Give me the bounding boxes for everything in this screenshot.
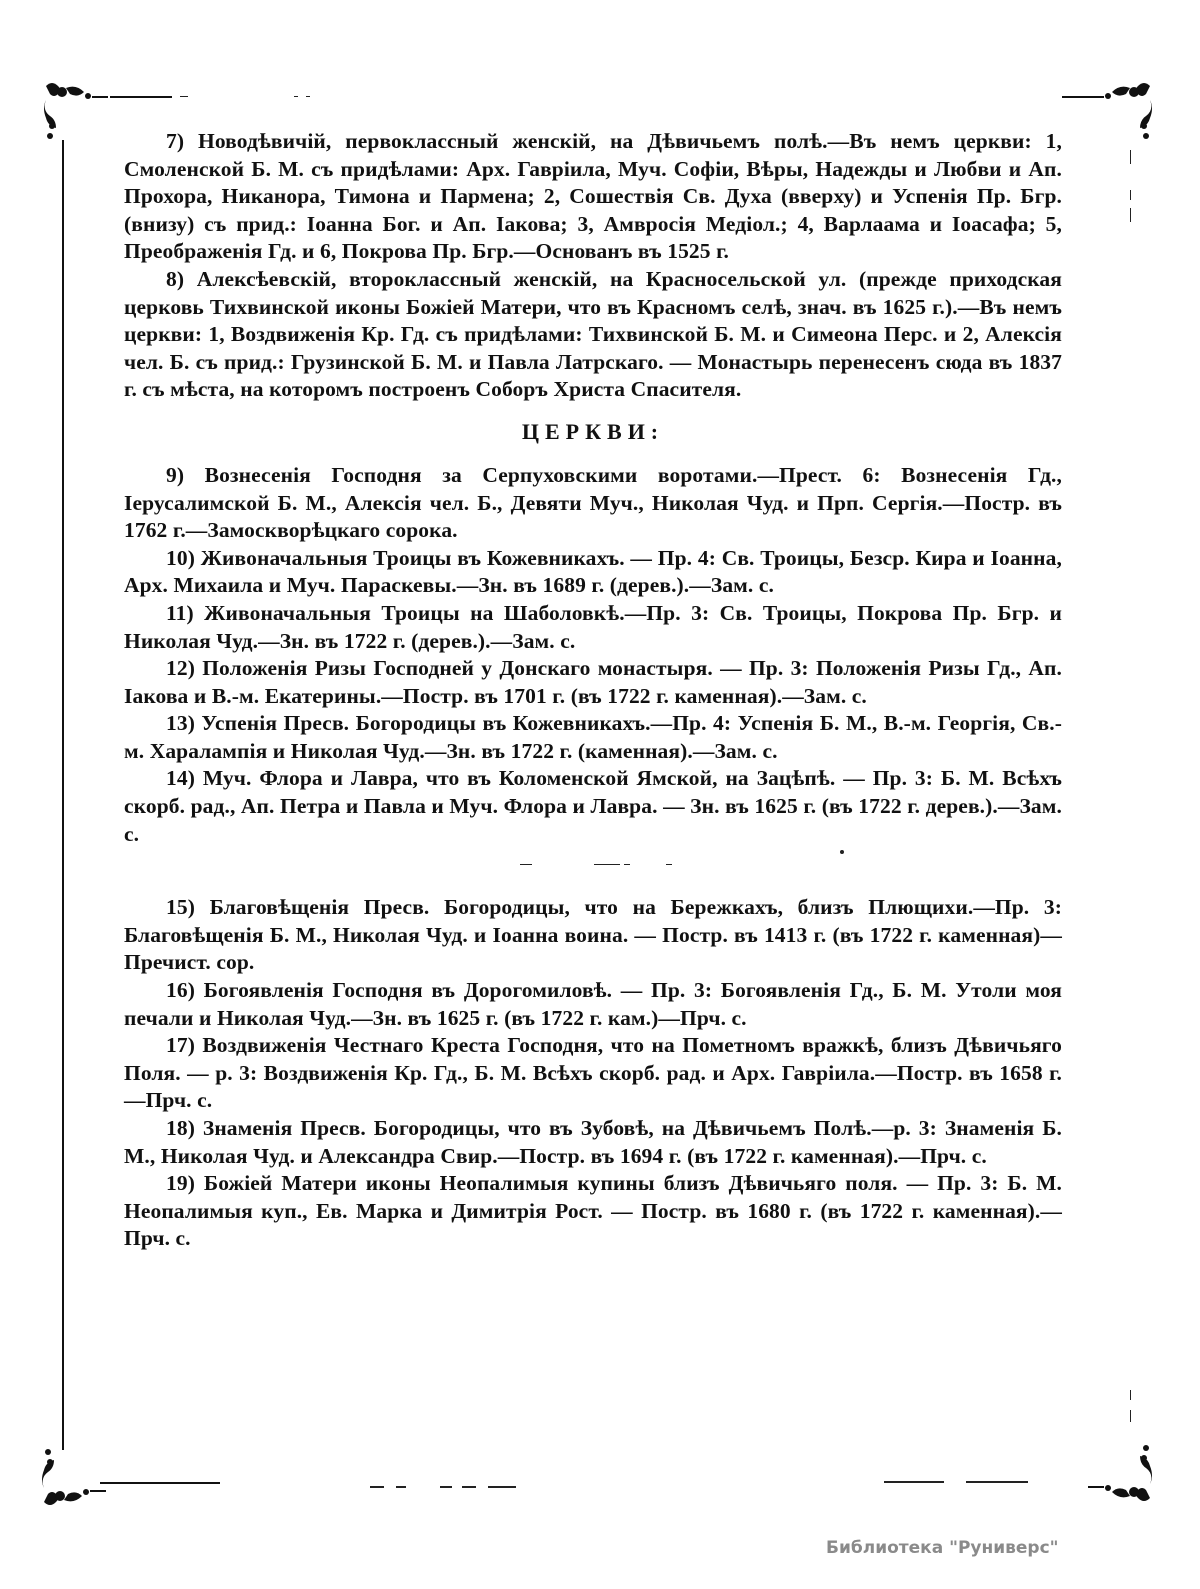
right-border-dash — [1130, 150, 1131, 164]
top-border-dash — [180, 96, 188, 97]
entry-13: 13) Успенія Пресв. Богородицы въ Кожевни… — [124, 710, 1062, 765]
separator-dash — [666, 864, 672, 865]
entry-15: 15) Благовѣщенія Пресв. Богородицы, что … — [124, 894, 1062, 977]
entry-17: 17) Воздвиженія Честнаго Креста Господня… — [124, 1032, 1062, 1115]
floral-scroll-corner-icon — [1088, 1436, 1156, 1504]
entry-14: 14) Муч. Флора и Лавра, что въ Коломенск… — [124, 765, 1062, 848]
left-border-line — [62, 140, 64, 1450]
bottom-border-line — [100, 1482, 220, 1484]
entry-16: 16) Богоявленія Господня въ Дорогомиловѣ… — [124, 977, 1062, 1032]
right-border-dash — [1130, 190, 1131, 200]
top-border-dash — [294, 96, 298, 97]
page-body: 7) Новодѣвичій, первоклассный женскій, н… — [124, 128, 1062, 1253]
print-speck — [840, 850, 844, 854]
section-separator — [124, 848, 1062, 894]
bottom-border-dash — [884, 1481, 944, 1483]
entry-12: 12) Положенія Ризы Господней у Донскаго … — [124, 655, 1062, 710]
floral-scroll-corner-icon — [1088, 80, 1156, 148]
scanned-page: 7) Новодѣвичій, первоклассный женскій, н… — [0, 0, 1200, 1589]
floral-scroll-corner-icon — [38, 1440, 106, 1508]
bottom-border-dash — [370, 1486, 384, 1488]
top-border-line — [110, 96, 172, 98]
bottom-border-dash — [462, 1486, 476, 1488]
entry-11: 11) Живоначальныя Троицы на Шаболовкѣ.—П… — [124, 600, 1062, 655]
top-border-dash — [306, 96, 310, 97]
floral-scroll-corner-icon — [40, 80, 108, 148]
separator-dash — [624, 864, 630, 865]
separator-dash — [594, 864, 620, 865]
bottom-border-dash — [396, 1486, 406, 1488]
section-heading-churches: ЦЕРКВИ: — [124, 418, 1062, 446]
bottom-border-dash — [440, 1486, 452, 1488]
bottom-border-dash — [966, 1481, 1028, 1483]
library-watermark: Библиотека "Руниверс" — [826, 1538, 1059, 1558]
separator-dash — [520, 864, 532, 865]
bottom-border-dash — [488, 1486, 516, 1488]
entry-9: 9) Вознесенія Господня за Серпуховскими … — [124, 462, 1062, 545]
entry-8: 8) Алексѣевскій, второклассный женскій, … — [124, 266, 1062, 404]
entry-10: 10) Живоначальныя Троицы въ Кожевникахъ.… — [124, 545, 1062, 600]
entry-19: 19) Божіей Матери иконы Неопалимыя купин… — [124, 1170, 1062, 1253]
entry-18: 18) Знаменія Пресв. Богородицы, что въ З… — [124, 1115, 1062, 1170]
right-border-dash — [1130, 1390, 1131, 1400]
right-border-dash — [1130, 208, 1131, 222]
right-border-dash — [1130, 1410, 1131, 1422]
entry-7: 7) Новодѣвичій, первоклассный женскій, н… — [124, 128, 1062, 266]
